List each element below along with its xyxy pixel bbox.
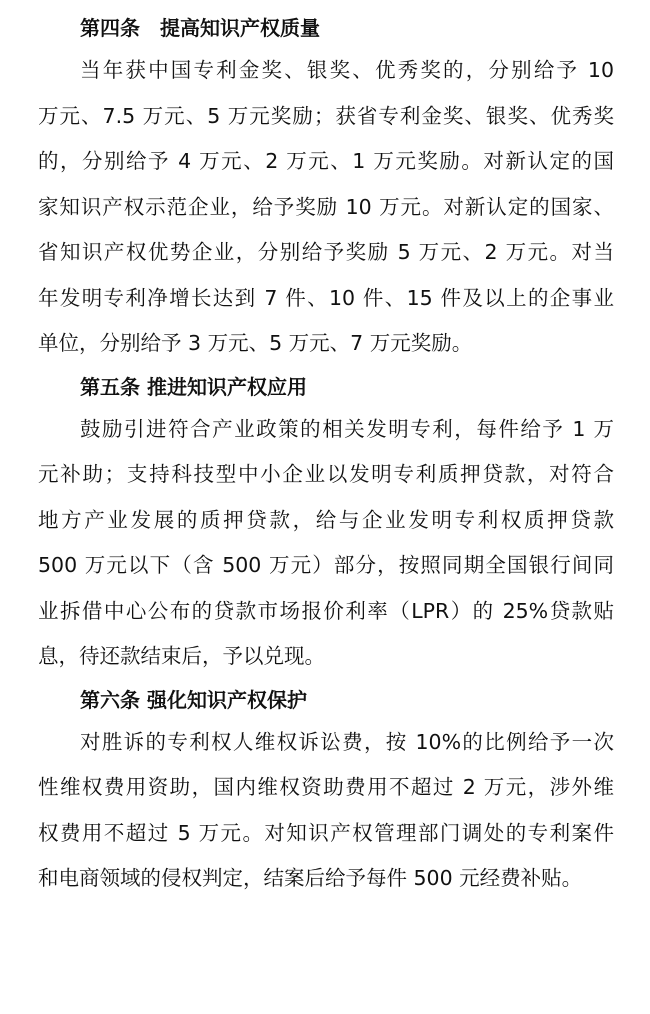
paragraph-line: 省知识产权优势企业，分别给予奖励 5 万元、2 万元。对当 <box>38 230 614 276</box>
section-heading: 第六条 强化知识产权保护 <box>38 680 614 720</box>
paragraph-line: 年发明专利净增长达到 7 件、10 件、15 件及以上的企事业 <box>38 276 614 322</box>
section-heading: 第四条 提高知识产权质量 <box>38 8 614 48</box>
paragraph-line: 家知识产权示范企业，给予奖励 10 万元。对新认定的国家、 <box>38 185 614 231</box>
section-paragraph: 鼓励引进符合产业政策的相关发明专利，每件给予 1 万 元补助；支持科技型中小企业… <box>38 407 614 680</box>
paragraph-line: 性维权费用资助，国内维权资助费用不超过 2 万元，涉外维 <box>38 765 614 811</box>
paragraph-line: 元补助；支持科技型中小企业以发明专利质押贷款，对符合 <box>38 452 614 498</box>
paragraph-line: 地方产业发展的质押贷款，给与企业发明专利权质押贷款 <box>38 498 614 544</box>
paragraph-line: 鼓励引进符合产业政策的相关发明专利，每件给予 1 万 <box>38 407 614 453</box>
section-paragraph: 当年获中国专利金奖、银奖、优秀奖的，分别给予 10 万元、7.5 万元、5 万元… <box>38 48 614 367</box>
paragraph-line: 业拆借中心公布的贷款市场报价利率（LPR）的 25%贷款贴 <box>38 589 614 635</box>
section-article-5: 第五条 推进知识产权应用 鼓励引进符合产业政策的相关发明专利，每件给予 1 万 … <box>38 367 614 680</box>
paragraph-line: 当年获中国专利金奖、银奖、优秀奖的，分别给予 10 <box>38 48 614 94</box>
section-article-4: 第四条 提高知识产权质量 当年获中国专利金奖、银奖、优秀奖的，分别给予 10 万… <box>38 8 614 367</box>
paragraph-line: 单位，分别给予 3 万元、5 万元、7 万元奖励。 <box>38 321 614 367</box>
paragraph-line: 的，分别给予 4 万元、2 万元、1 万元奖励。对新认定的国 <box>38 139 614 185</box>
section-article-6: 第六条 强化知识产权保护 对胜诉的专利权人维权诉讼费，按 10%的比例给予一次 … <box>38 680 614 902</box>
paragraph-line: 对胜诉的专利权人维权诉讼费，按 10%的比例给予一次 <box>38 720 614 766</box>
paragraph-line: 息，待还款结束后，予以兑现。 <box>38 634 614 680</box>
paragraph-line: 万元、7.5 万元、5 万元奖励；获省专利金奖、银奖、优秀奖 <box>38 94 614 140</box>
paragraph-line: 和电商领域的侵权判定，结案后给予每件 500 元经费补贴。 <box>38 856 614 902</box>
document-page: 第四条 提高知识产权质量 当年获中国专利金奖、银奖、优秀奖的，分别给予 10 万… <box>38 8 614 902</box>
section-paragraph: 对胜诉的专利权人维权诉讼费，按 10%的比例给予一次 性维权费用资助，国内维权资… <box>38 720 614 902</box>
paragraph-line: 权费用不超过 5 万元。对知识产权管理部门调处的专利案件 <box>38 811 614 857</box>
section-heading: 第五条 推进知识产权应用 <box>38 367 614 407</box>
paragraph-line: 500 万元以下（含 500 万元）部分，按照同期全国银行间同 <box>38 543 614 589</box>
